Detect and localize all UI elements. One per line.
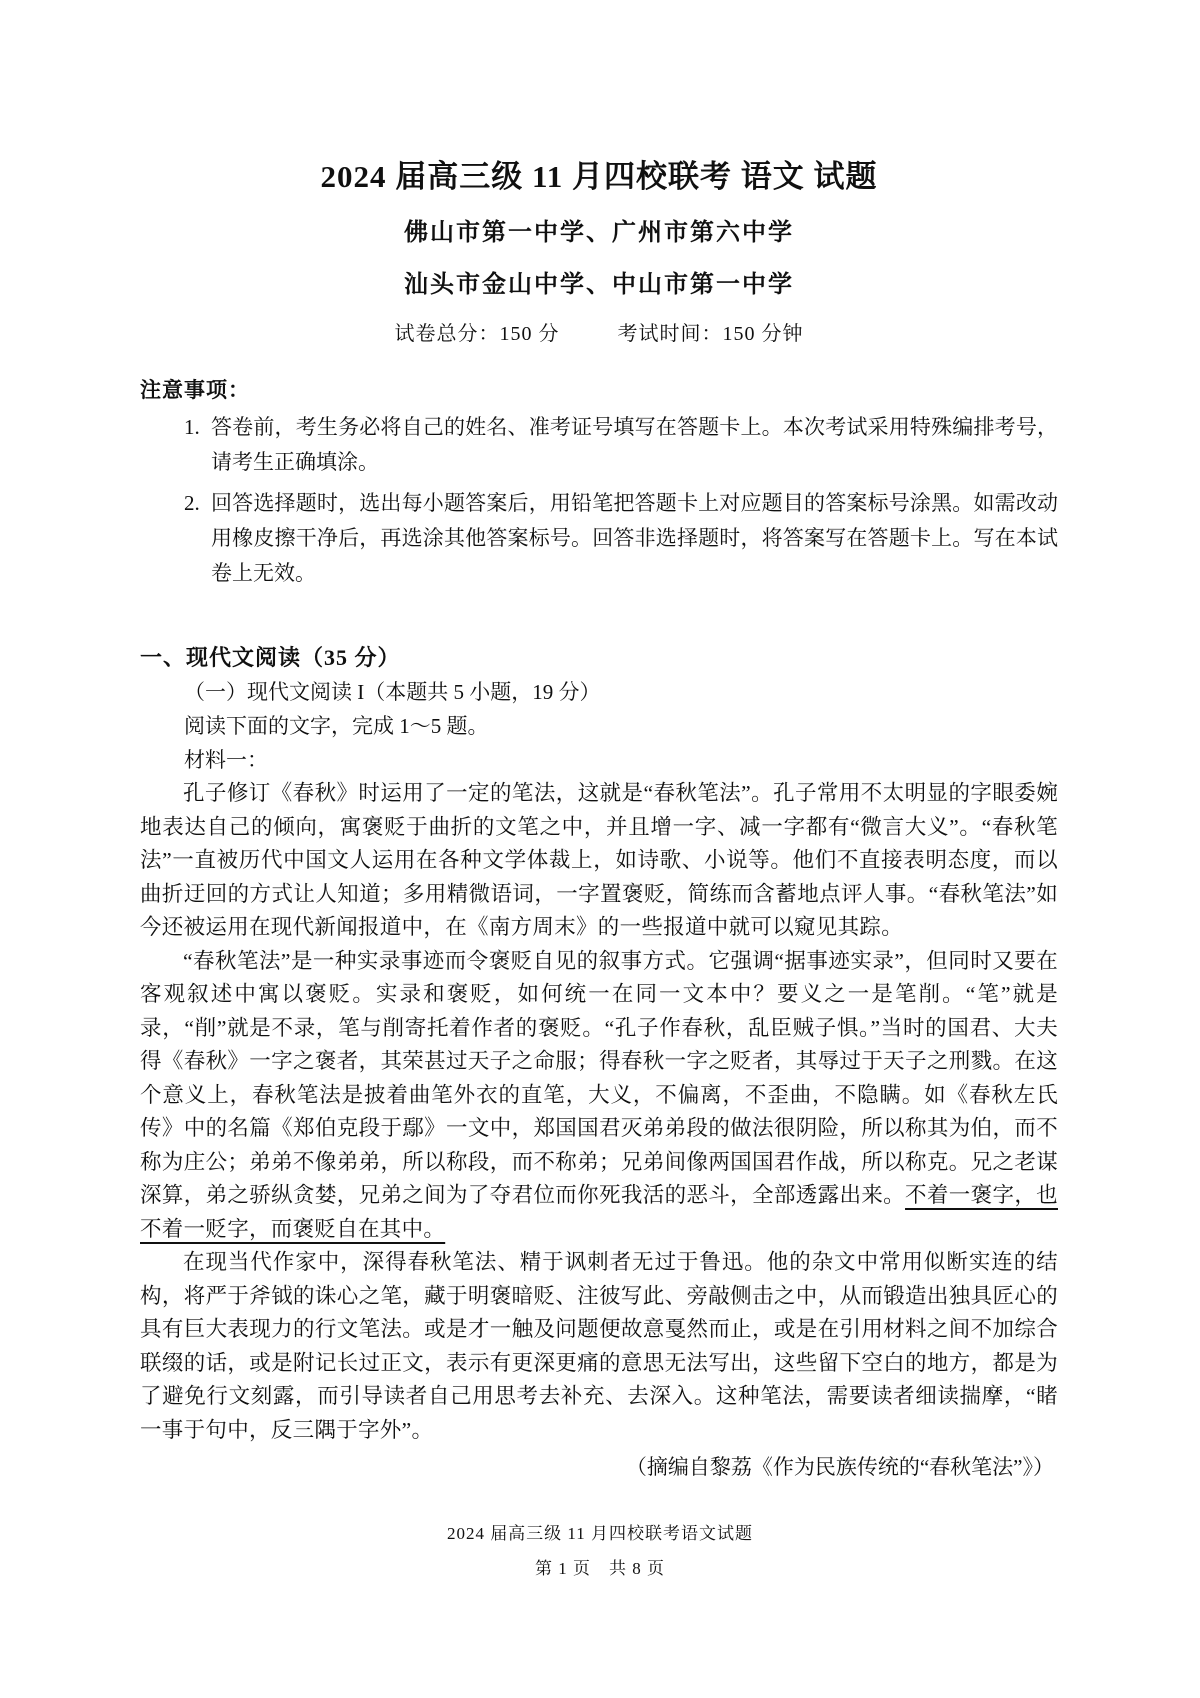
part-heading: （一）现代文阅读 I（本题共 5 小题，19 分） bbox=[140, 676, 1058, 709]
notice-item-2-number: 2. bbox=[184, 486, 211, 591]
footer-page-number: 第 1 页 共 8 页 bbox=[0, 1551, 1200, 1586]
schools-line-1: 佛山市第一中学、广州市第六中学 bbox=[140, 212, 1058, 247]
doc-header: 2024 届高三级 11 月四校联考 语文 试题 佛山市第一中学、广州市第六中学… bbox=[140, 158, 1058, 346]
material-paragraph-2: “春秋笔法”是一种实录事迹而令褒贬自见的叙事方式。它强调“据事迹实录”，但同时又… bbox=[140, 945, 1058, 1247]
exam-paper-page: 2024 届高三级 11 月四校联考 语文 试题 佛山市第一中学、广州市第六中学… bbox=[0, 0, 1200, 1698]
material-paragraph-1: 孔子修订《春秋》时运用了一定的笔法，这就是“春秋笔法”。孔子常用不太明显的字眼委… bbox=[140, 777, 1058, 945]
material-paragraph-3: 在现当代作家中，深得春秋笔法、精于讽刺者无过于鲁迅。他的杂文中常用似断实连的结构… bbox=[140, 1246, 1058, 1447]
reading-instruction: 阅读下面的文字，完成 1～5 题。 bbox=[140, 710, 1058, 743]
doc-footer: 2024 届高三级 11 月四校联考语文试题 第 1 页 共 8 页 bbox=[0, 1516, 1200, 1586]
exam-meta-line: 试卷总分：150 分 考试时间：150 分钟 bbox=[140, 317, 1058, 346]
notice-heading: 注意事项： bbox=[140, 374, 1058, 404]
notice-section: 注意事项： 1. 答卷前，考生务必将自己的姓名、准考证号填写在答题卡上。本次考试… bbox=[140, 374, 1058, 591]
page-title: 2024 届高三级 11 月四校联考 语文 试题 bbox=[140, 158, 1058, 195]
material-paragraph-2-text: “春秋笔法”是一种实录事迹而令褒贬自见的叙事方式。它强调“据事迹实录”，但同时又… bbox=[140, 949, 1058, 1208]
notice-item-1-text: 答卷前，考生务必将自己的姓名、准考证号填写在答题卡上。本次考试采用特殊编排考号，… bbox=[211, 410, 1058, 480]
source-attribution: （摘编自黎荔《作为民族传统的“春秋笔法”》） bbox=[140, 1450, 1058, 1484]
exam-duration-label: 考试时间：150 分钟 bbox=[618, 317, 804, 346]
notice-item-2-text: 回答选择题时，选出每小题答案后，用铅笔把答题卡上对应题目的答案标号涂黑。如需改动… bbox=[211, 486, 1058, 591]
reading-section: 一、现代文阅读（35 分） （一）现代文阅读 I（本题共 5 小题，19 分） … bbox=[140, 641, 1058, 1484]
notice-item-2: 2. 回答选择题时，选出每小题答案后，用铅笔把答题卡上对应题目的答案标号涂黑。如… bbox=[140, 486, 1058, 591]
material-label: 材料一： bbox=[140, 744, 1058, 777]
notice-item-1: 1. 答卷前，考生务必将自己的姓名、准考证号填写在答题卡上。本次考试采用特殊编排… bbox=[140, 410, 1058, 480]
footer-doc-title: 2024 届高三级 11 月四校联考语文试题 bbox=[0, 1516, 1200, 1551]
total-score-label: 试卷总分：150 分 bbox=[395, 317, 560, 346]
section-heading: 一、现代文阅读（35 分） bbox=[140, 641, 1058, 675]
schools-line-2: 汕头市金山中学、中山市第一中学 bbox=[140, 264, 1058, 299]
notice-item-1-number: 1. bbox=[184, 410, 211, 480]
